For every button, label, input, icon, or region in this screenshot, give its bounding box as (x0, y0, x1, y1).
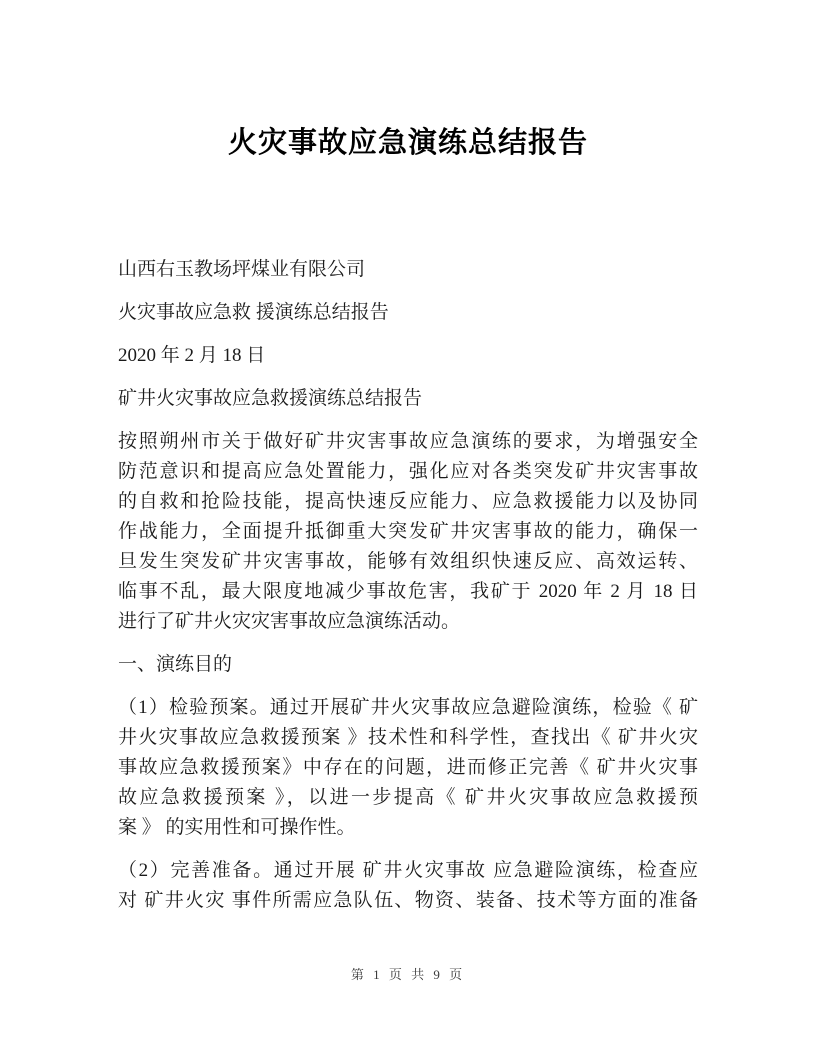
text-line: 防范意识和提高应急处置能力，强化应对各类突发矿井灾害事故 (118, 457, 698, 487)
text-line: 的自救和抢险技能，提高快速反应能力、应急救援能力以及协同 (118, 487, 698, 517)
document-content: 山西右玉教场坪煤业有限公司火灾事故应急救 援演练总结报告2020 年 2 月 1… (118, 255, 698, 929)
text-line: 2020 年 2 月 18 日 (118, 341, 698, 371)
text-line: 井火灾事故应急救援预案 》技术性和科学性，查找出《 矿井火灾 (118, 723, 698, 753)
text-line: （1）检验预案。通过开展矿井火灾事故应急避险演练，检验《 矿 (118, 693, 698, 723)
report-date-line: 2020 年 2 月 18 日 (118, 341, 698, 371)
text-line: 火灾事故应急救 援演练总结报告 (118, 298, 698, 328)
report-name-line: 火灾事故应急救 援演练总结报告 (118, 298, 698, 328)
text-line: 矿井火灾事故应急救援演练总结报告 (118, 384, 698, 414)
page-number-text: 第 1 页 共 9 页 (351, 967, 465, 982)
text-line: 对 矿井火灾 事件所需应急队伍、物资、装备、技术等方面的准备 (118, 886, 698, 916)
company-name-line: 山西右玉教场坪煤业有限公司 (118, 255, 698, 285)
report-subtitle-line: 矿井火灾事故应急救援演练总结报告 (118, 384, 698, 414)
page-footer: 第 1 页 共 9 页 (0, 964, 816, 983)
text-line: 事故应急救援预案》中存在的问题，进而修正完善《 矿井火灾事 (118, 753, 698, 783)
text-line: （2）完善准备。通过开展 矿井火灾事故 应急避险演练，检查应 (118, 856, 698, 886)
purpose-item-1: （1）检验预案。通过开展矿井火灾事故应急避险演练，检验《 矿井火灾事故应急救援预… (118, 693, 698, 843)
text-line: 临事不乱，最大限度地减少事故危害，我矿于 2020 年 2 月 18 日 (118, 577, 698, 607)
purpose-item-2: （2）完善准备。通过开展 矿井火灾事故 应急避险演练，检查应对 矿井火灾 事件所… (118, 856, 698, 916)
section-heading-drill-purpose: 一、演练目的 (118, 650, 698, 680)
text-line: 旦发生突发矿井灾害事故，能够有效组织快速反应、高效运转、 (118, 547, 698, 577)
text-line: 按照朔州市关于做好矿井灾害事故应急演练的要求，为增强安全 (118, 427, 698, 457)
text-line: 故应急救援预案 》，以进一步提高《 矿井火灾事故应急救援预 (118, 783, 698, 813)
text-line: 山西右玉教场坪煤业有限公司 (118, 255, 698, 285)
text-line: 一、演练目的 (118, 650, 698, 680)
document-page: 火灾事故应急演练总结报告 山西右玉教场坪煤业有限公司火灾事故应急救 援演练总结报… (0, 0, 816, 1056)
document-title: 火灾事故应急演练总结报告 (0, 126, 816, 160)
text-line: 作战能力，全面提升抵御重大突发矿井灾害事故的能力，确保一 (118, 517, 698, 547)
text-line: 案 》 的实用性和可操作性。 (118, 813, 698, 843)
text-line: 进行了矿井火灾灾害事故应急演练活动。 (118, 607, 698, 637)
intro-paragraph: 按照朔州市关于做好矿井灾害事故应急演练的要求，为增强安全防范意识和提高应急处置能… (118, 427, 698, 637)
